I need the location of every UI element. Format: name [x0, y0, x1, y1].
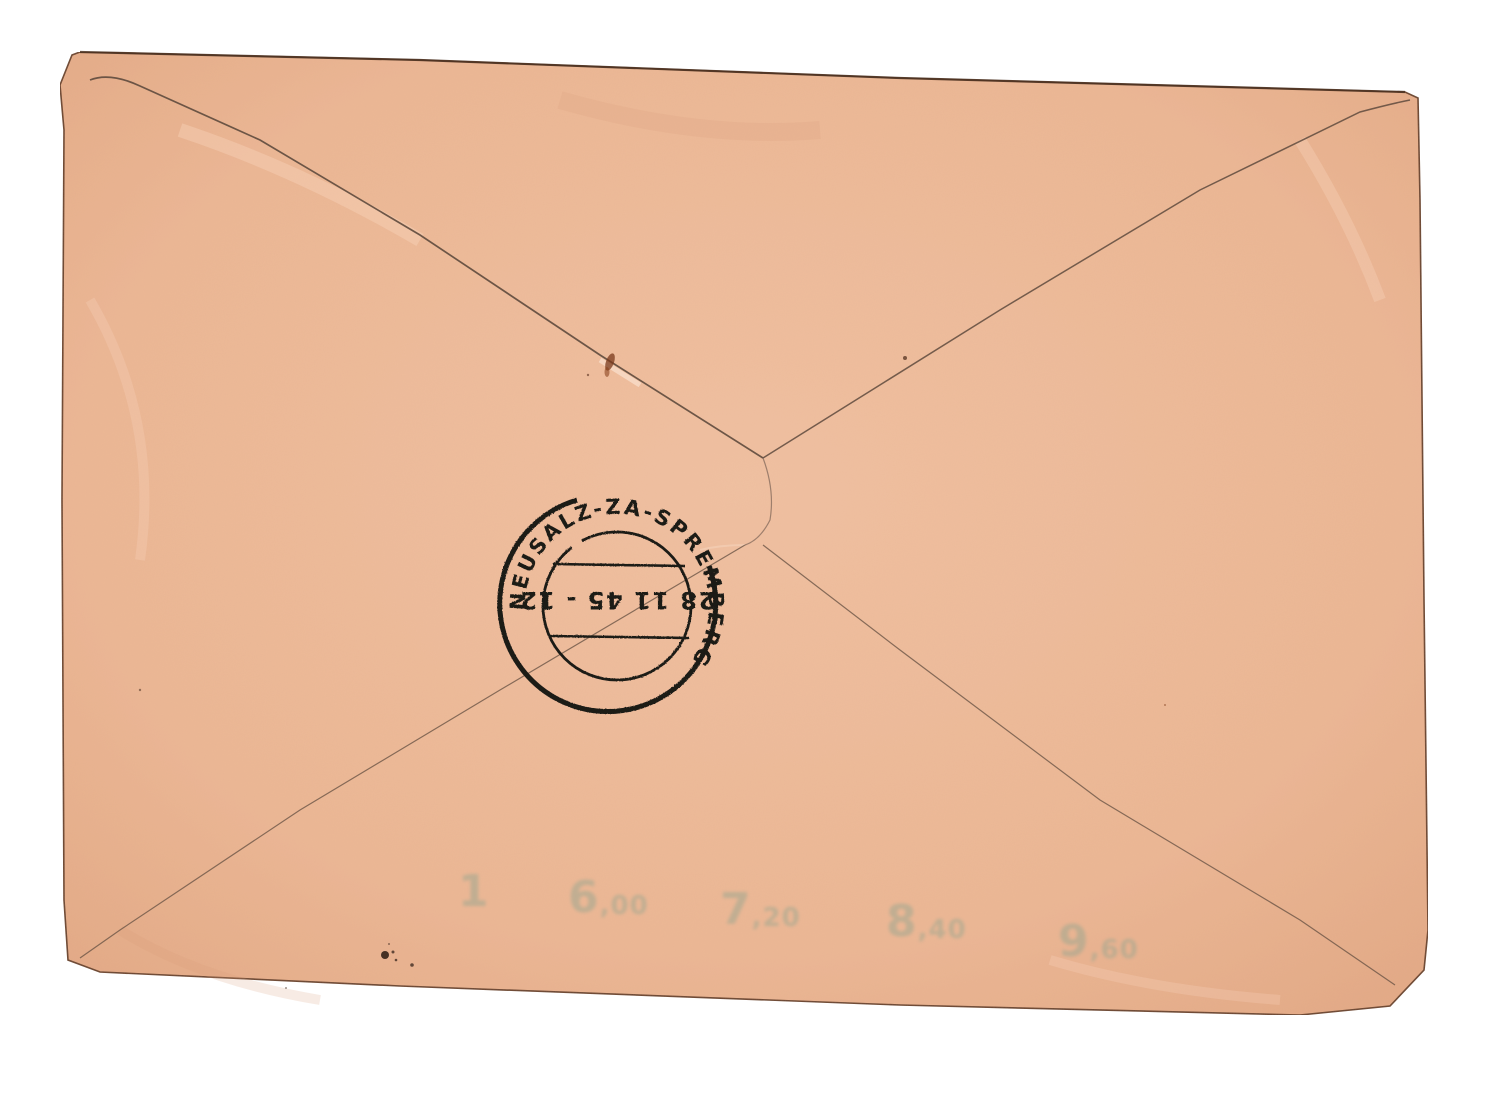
envelope-scan: 1 6,00 7,20 8,40 9,60 — [0, 0, 1489, 1099]
show-through-number-2: 6,00 — [568, 872, 649, 923]
envelope-paper — [60, 52, 1428, 1015]
postmark-date: 28 11 45 - 12 — [519, 586, 715, 614]
show-through-number-5: 9,60 — [1058, 916, 1139, 967]
postmark-stamp: NEUSALZ-ZA-SPREMBERG 28 11 45 - 12 — [497, 486, 737, 726]
show-through-number-1: 1 — [458, 866, 490, 917]
show-through-number-3: 7,20 — [720, 884, 801, 935]
show-through-number-4: 8,40 — [886, 896, 967, 947]
